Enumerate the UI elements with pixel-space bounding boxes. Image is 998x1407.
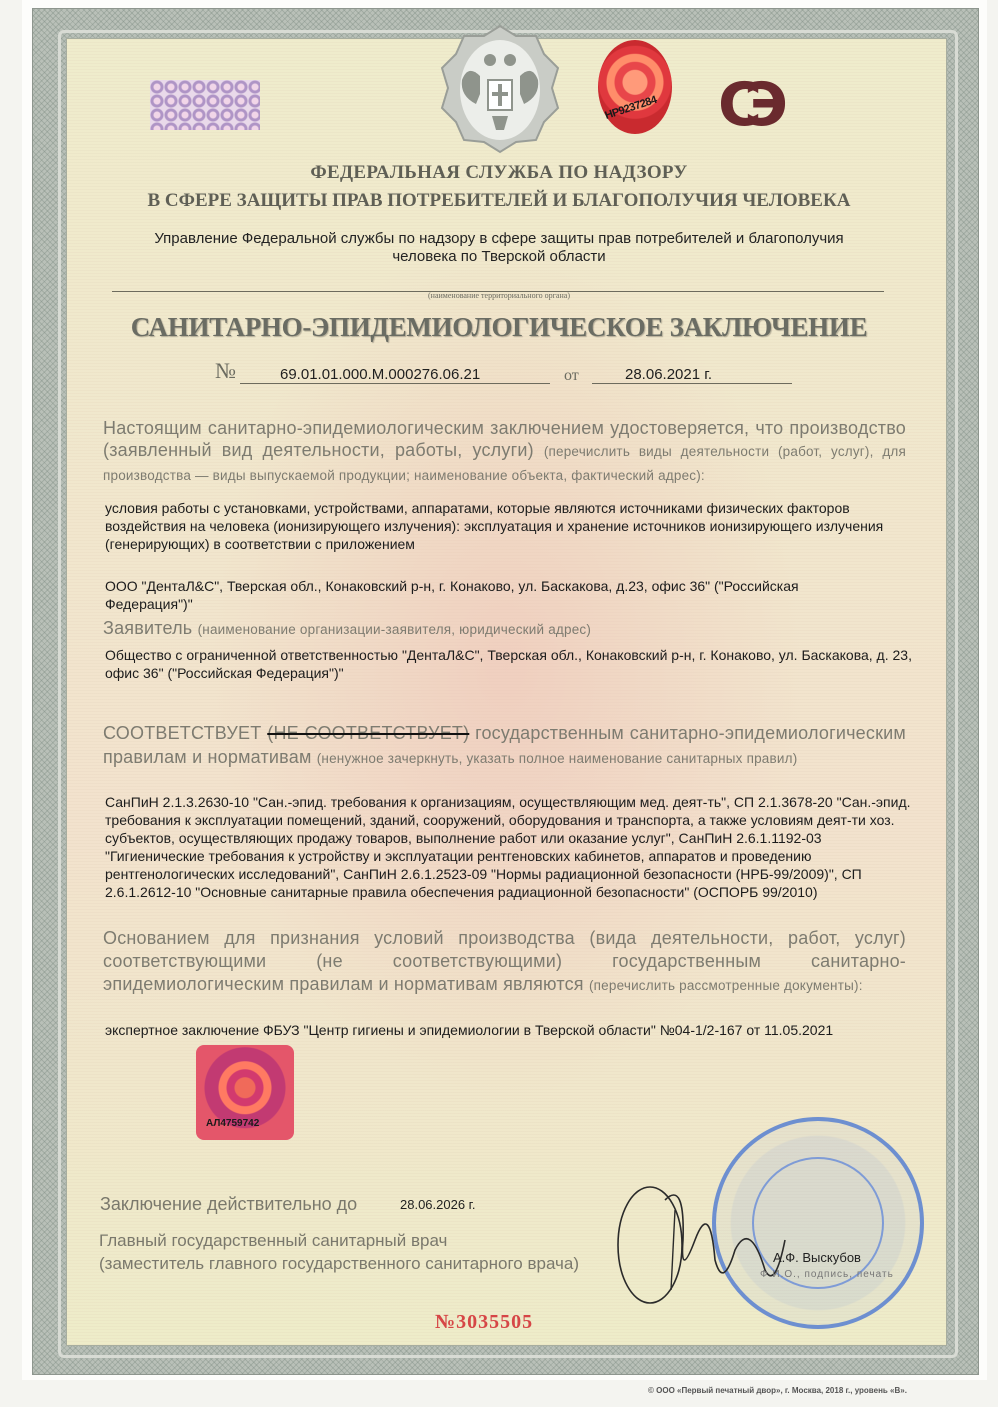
territorial-body-caption: (наименование территориального органа) [0,291,998,300]
activity-value: условия работы с установками, устройства… [105,499,915,553]
printer-footer: © ООО «Первый печатный двор», г. Москва,… [648,1386,907,1395]
basis-text: Основанием для признания условий произво… [103,927,906,997]
agency-name-line2: В СФЕРЕ ЗАЩИТЫ ПРАВ ПОТРЕБИТЕЛЕЙ И БЛАГО… [0,190,998,212]
sanitary-rules: СанПиН 2.1.3.2630-10 "Сан.-эпид. требова… [105,793,915,901]
compliance-status: СООТВЕТСТВУЕТ [103,723,261,743]
applicant-label: Заявитель [103,618,192,638]
hologram-strip-icon [150,80,260,130]
document-number: 69.01.01.000.М.000276.06.21 [280,366,480,383]
se-mark-logo: СЭ [718,70,770,140]
validity-label: Заключение действительно до [100,1194,357,1215]
intro-text: Настоящим санитарно-эпидемиологическим з… [103,417,906,487]
signatory-name: А.Ф. Выскубов [773,1250,861,1265]
document-title: САНИТАРНО-ЭПИДЕМИОЛОГИЧЕСКОЕ ЗАКЛЮЧЕНИЕ [0,312,998,343]
number-underline [240,383,550,384]
signatory-title-alt: (заместитель главного государственного с… [99,1254,579,1274]
agency-name-line1: ФЕДЕРАЛЬНАЯ СЛУЖБА ПО НАДЗОРУ [0,162,998,184]
number-label: № [215,358,236,384]
compliance-text: СООТВЕТСТВУЕТ (НЕ СООТВЕТСТВУЕТ) государ… [103,721,906,771]
basis-caption: (перечислить рассмотренные документы): [589,978,863,993]
applicant-value: Общество с ограниченной ответственностью… [105,646,915,682]
compliance-caption: (ненужное зачеркнуть, указать полное наи… [317,751,798,766]
document-date: 28.06.2021 г. [625,366,712,383]
validity-date: 28.06.2026 г. [400,1197,475,1212]
date-label: от [564,367,579,385]
form-serial-number: №3035505 [435,1311,533,1334]
object-address: ООО "ДентаЛ&С", Тверская обл., Конаковск… [105,577,835,613]
signatory-title: Главный государственный санитарный врач [99,1231,447,1251]
signatory-caption: Ф.И.О., подпись, печать [760,1269,894,1280]
double-headed-eagle-emblem-icon [440,24,560,154]
basis-documents: экспертное заключение ФБУЗ "Центр гигиен… [105,1021,915,1039]
applicant-caption: (наименование организации-заявителя, юри… [198,622,591,637]
compliance-struck: (НЕ СООТВЕТСТВУЕТ) [267,723,469,743]
territorial-body-line1: Управление Федеральной службы по надзору… [0,229,998,248]
date-underline [592,383,792,384]
signature-icon [605,1180,815,1310]
applicant-heading: Заявитель (наименование организации-заяв… [103,617,906,641]
hologram-sticker-code: АЛ4759742 [206,1118,259,1129]
territorial-body-line2: человека по Тверской области [0,247,998,266]
